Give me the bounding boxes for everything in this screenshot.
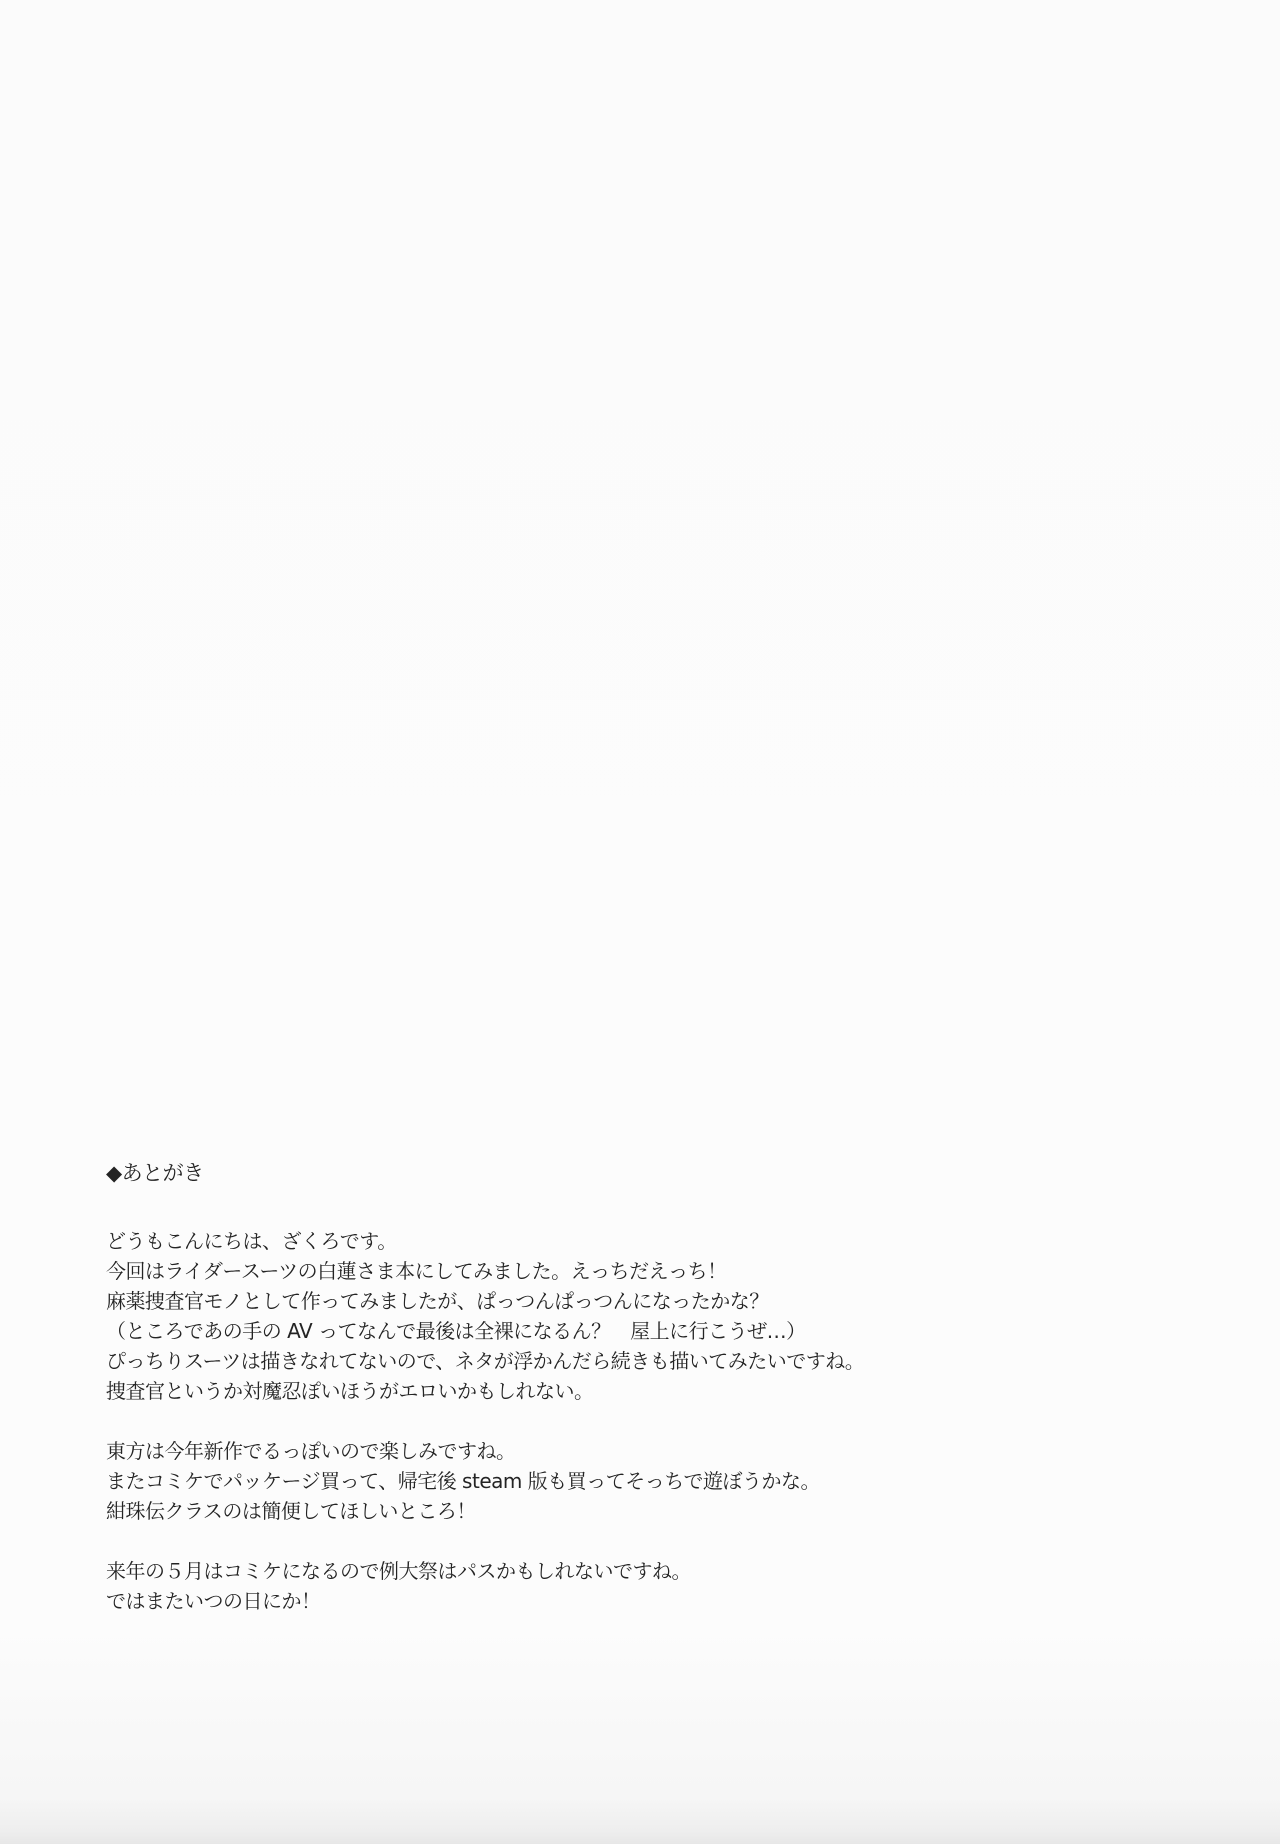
afterword-heading: ◆あとがき: [106, 1158, 864, 1188]
afterword-line: 捜査官というか対魔忍ぽいほうがエロいかもしれない。: [106, 1376, 864, 1406]
afterword-paragraph: 来年の５月はコミケになるので例大祭はパスかもしれないですね。 ではまたいつの日に…: [106, 1556, 864, 1616]
afterword-line: 麻薬捜査官モノとして作ってみましたが、ぱっつんぱっつんになったかな？: [106, 1286, 864, 1316]
scan-page: ◆あとがき どうもこんにちは、ざくろです。 今回はライダースーツの白蓮さま本にし…: [0, 0, 1280, 1844]
afterword-line: ぴっちりスーツは描きなれてないので、ネタが浮かんだら続きも描いてみたいですね。: [106, 1346, 864, 1376]
afterword-section: ◆あとがき どうもこんにちは、ざくろです。 今回はライダースーツの白蓮さま本にし…: [106, 1158, 864, 1616]
afterword-paragraph: どうもこんにちは、ざくろです。 今回はライダースーツの白蓮さま本にしてみました。…: [106, 1226, 864, 1406]
afterword-line: 来年の５月はコミケになるので例大祭はパスかもしれないですね。: [106, 1556, 864, 1586]
afterword-line: またコミケでパッケージ買って、帰宅後 steam 版も買ってそっちで遊ぼうかな。: [106, 1466, 864, 1496]
afterword-line: 今回はライダースーツの白蓮さま本にしてみました。えっちだえっち！: [106, 1256, 864, 1286]
afterword-line: ではまたいつの日にか！: [106, 1586, 864, 1616]
afterword-line: （ところであの手の AV ってなんで最後は全裸になるん？ 屋上に行こうぜ…）: [106, 1316, 864, 1346]
afterword-paragraph: 東方は今年新作でるっぽいので楽しみですね。 またコミケでパッケージ買って、帰宅後…: [106, 1436, 864, 1526]
afterword-line: 東方は今年新作でるっぽいので楽しみですね。: [106, 1436, 864, 1466]
afterword-line: どうもこんにちは、ざくろです。: [106, 1226, 864, 1256]
afterword-line: 紺珠伝クラスのは簡便してほしいところ！: [106, 1496, 864, 1526]
